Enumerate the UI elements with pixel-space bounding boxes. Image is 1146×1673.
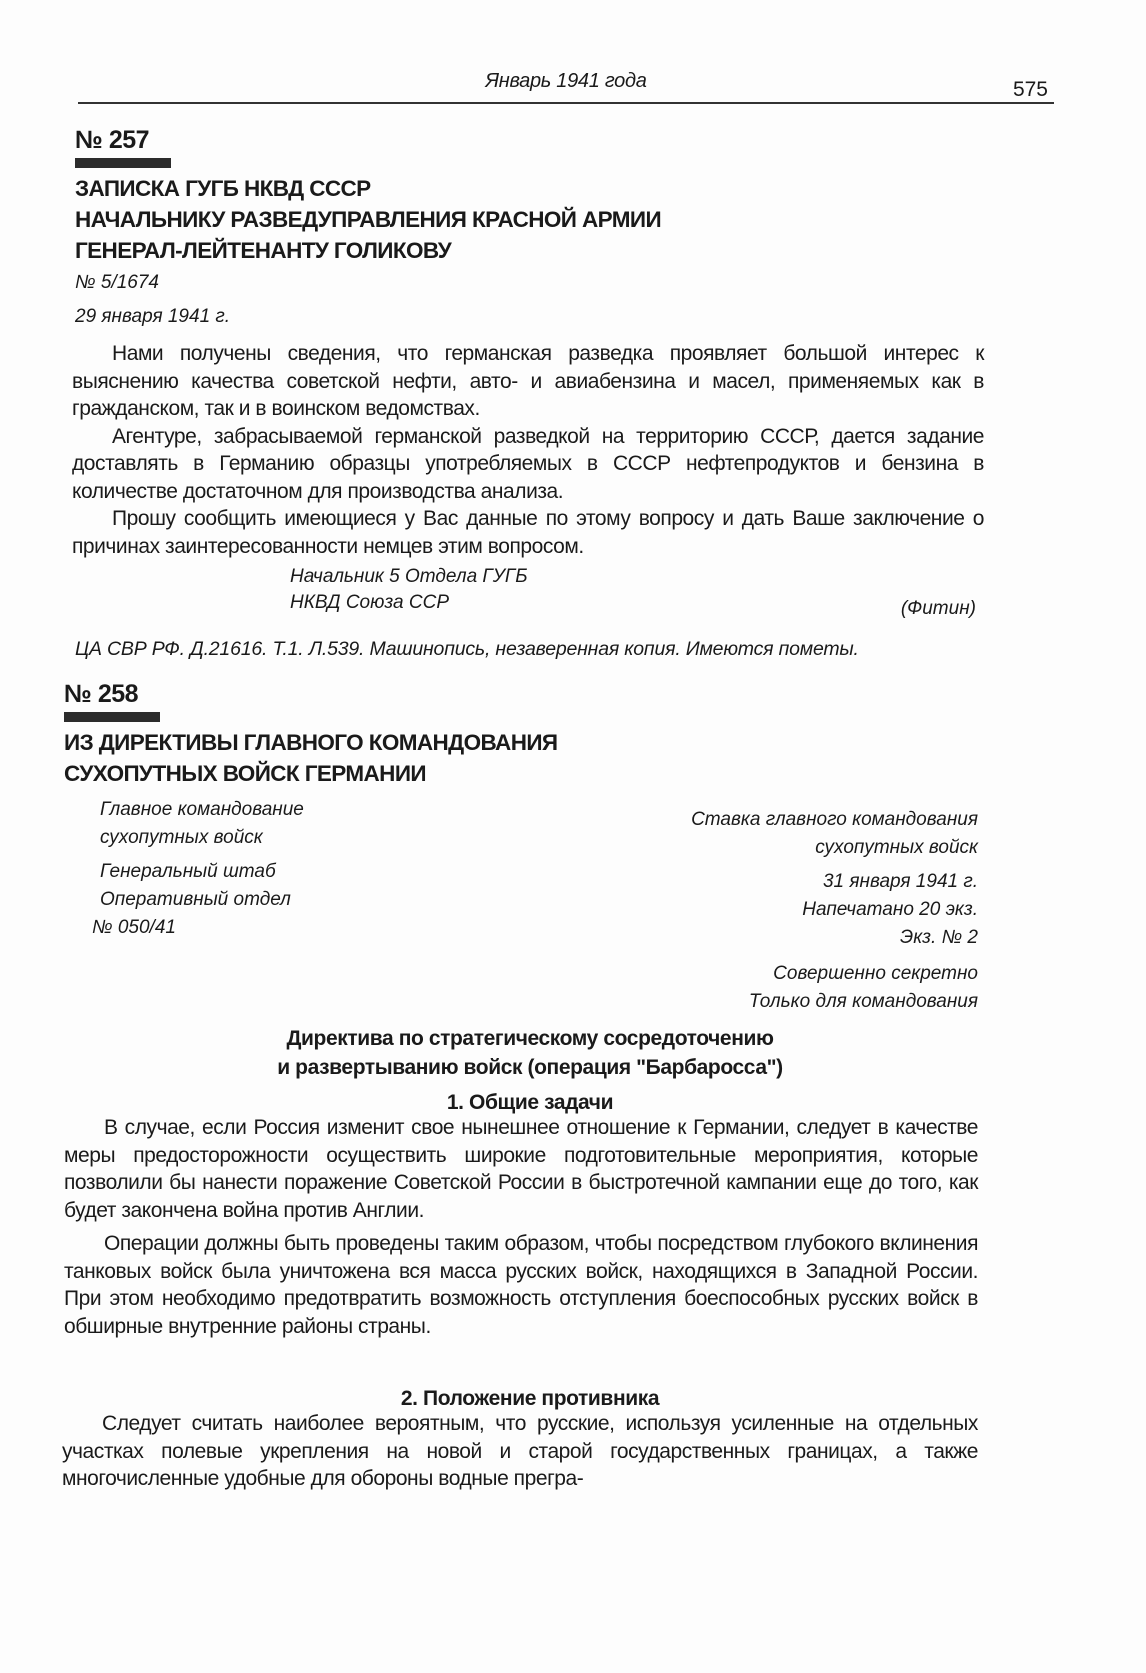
doc257-number: № 257 <box>75 126 149 155</box>
signature-name: (Фитин) <box>880 598 976 620</box>
left-meta-line: № 050/41 <box>92 914 440 942</box>
signature-position-line2: НКВД Союза ССР <box>290 592 449 614</box>
doc257-date: 29 января 1941 г. <box>75 306 230 328</box>
signature-position-line1: Начальник 5 Отдела ГУГБ <box>290 566 528 588</box>
right-meta-line: Только для командования <box>600 988 978 1016</box>
doc258-divider-bar <box>64 712 160 722</box>
right-meta-line: Напечатано 20 экз. <box>600 896 978 924</box>
running-header: Январь 1941 года 575 <box>78 68 1054 104</box>
paragraph: Агентуре, забрасываемой германской разве… <box>72 423 984 506</box>
directive-title-line: и развертыванию войск (операция "Барбаро… <box>130 1053 930 1082</box>
paragraph: Операции должны быть проведены таким обр… <box>64 1230 978 1340</box>
right-meta-line: Ставка главного командования <box>600 806 978 834</box>
left-meta-line: Оперативный отдел <box>100 886 440 914</box>
section-2-body: Следует считать наиболее вероятным, что … <box>62 1410 978 1493</box>
doc257-heading: ЗАПИСКА ГУГБ НКВД СССР НАЧАЛЬНИКУ РАЗВЕД… <box>75 173 975 266</box>
paragraph: Прошу сообщить имеющиеся у Вас данные по… <box>72 505 984 560</box>
right-meta-line: сухопутных войск <box>600 834 978 862</box>
doc257-divider-bar <box>75 158 171 168</box>
paragraph: В случае, если Россия изменит свое нынеш… <box>64 1114 978 1224</box>
doc257-source-note: ЦА СВР РФ. Д.21616. Т.1. Л.539. Машинопи… <box>75 638 859 661</box>
doc257-body: Нами получены сведения, что германская р… <box>72 340 984 560</box>
page-number: 575 <box>1013 78 1048 102</box>
paragraph: Следует считать наиболее вероятным, что … <box>62 1410 978 1493</box>
doc258-left-meta: Главное командование сухопутных войск Ге… <box>100 796 440 942</box>
doc257-heading-line: НАЧАЛЬНИКУ РАЗВЕДУПРАВЛЕНИЯ КРАСНОЙ АРМИ… <box>75 204 975 235</box>
doc258-right-meta: Ставка главного командования сухопутных … <box>600 806 978 1016</box>
paragraph: Нами получены сведения, что германская р… <box>72 340 984 423</box>
doc257-ref-number: № 5/1674 <box>75 272 159 294</box>
doc258-heading: ИЗ ДИРЕКТИВЫ ГЛАВНОГО КОМАНДОВАНИЯ СУХОП… <box>64 727 964 789</box>
left-meta-line: Главное командование <box>100 796 440 824</box>
section-1-title: 1. Общие задачи <box>130 1088 930 1117</box>
section-2-title: 2. Положение противника <box>130 1384 930 1413</box>
document-page: Январь 1941 года 575 № 257 ЗАПИСКА ГУГБ … <box>0 0 1146 1673</box>
right-meta-line: Экз. № 2 <box>600 924 978 952</box>
doc258-heading-line: ИЗ ДИРЕКТИВЫ ГЛАВНОГО КОМАНДОВАНИЯ <box>64 727 964 758</box>
left-meta-line: Генеральный штаб <box>100 858 440 886</box>
doc257-heading-line: ЗАПИСКА ГУГБ НКВД СССР <box>75 173 975 204</box>
left-meta-line: сухопутных войск <box>100 824 440 852</box>
doc258-heading-line: СУХОПУТНЫХ ВОЙСК ГЕРМАНИИ <box>64 758 964 789</box>
running-header-title: Январь 1941 года <box>78 70 1054 93</box>
section-1-body: В случае, если Россия изменит свое нынеш… <box>64 1114 978 1340</box>
directive-title: Директива по стратегическому сосредоточе… <box>130 1024 930 1082</box>
doc258-number: № 258 <box>64 680 138 709</box>
doc257-heading-line: ГЕНЕРАЛ-ЛЕЙТЕНАНТУ ГОЛИКОВУ <box>75 235 975 266</box>
right-meta-line: 31 января 1941 г. <box>600 868 978 896</box>
directive-title-line: Директива по стратегическому сосредоточе… <box>130 1024 930 1053</box>
right-meta-line: Совершенно секретно <box>600 960 978 988</box>
